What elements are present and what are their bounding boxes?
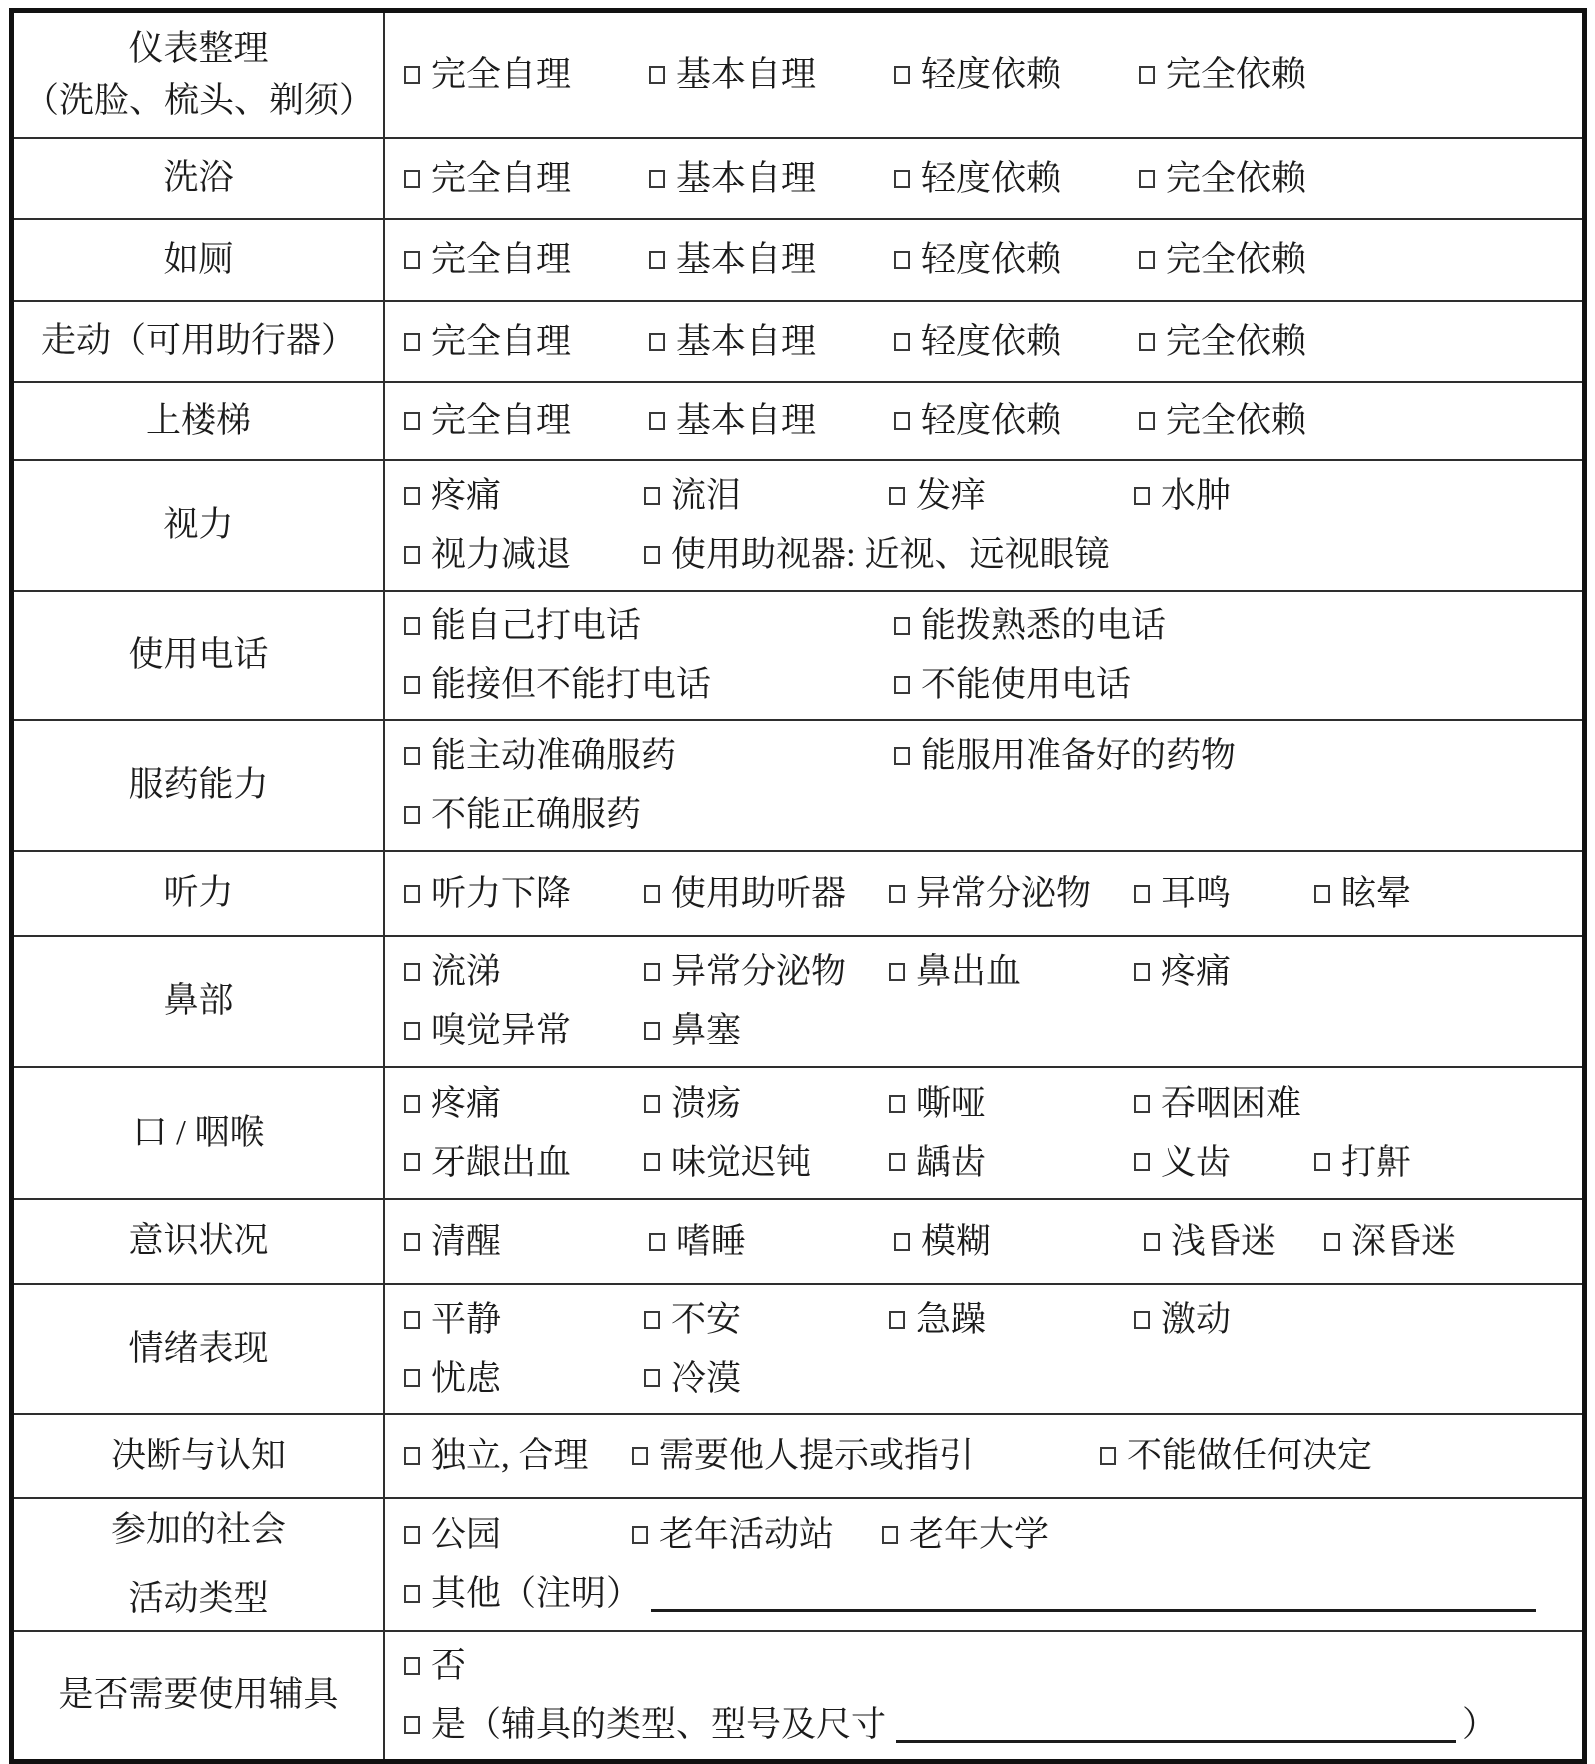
checkbox-unchecked-icon[interactable] <box>644 885 660 903</box>
option-label: 完全自理 <box>431 53 571 97</box>
checkbox-option[interactable]: 疼痛 <box>1134 950 1231 994</box>
checkbox-unchecked-icon[interactable] <box>1314 1153 1330 1171</box>
checkbox-unchecked-icon[interactable] <box>1139 333 1155 351</box>
row-label-phone: 使用电话 <box>14 592 385 719</box>
checkbox-unchecked-icon[interactable] <box>644 1153 660 1171</box>
option-label: 鼻出血 <box>916 950 1021 994</box>
checkbox-option[interactable]: 完全自理 <box>404 399 649 443</box>
checkbox-unchecked-icon[interactable] <box>404 66 420 84</box>
checkbox-option[interactable]: 牙龈出血 <box>404 1141 644 1185</box>
checkbox-option[interactable]: 鼻塞 <box>644 1009 741 1053</box>
option-label: 溃疡 <box>671 1082 741 1126</box>
option-label: 不安 <box>671 1298 741 1342</box>
checkbox-option[interactable]: 吞咽困难 <box>1134 1082 1301 1126</box>
checkbox-unchecked-icon[interactable] <box>404 1233 420 1251</box>
row-label-mouth-throat: 口 / 咽喉 <box>14 1068 385 1198</box>
checkbox-option[interactable]: 味觉迟钝 <box>644 1141 889 1185</box>
checkbox-unchecked-icon[interactable] <box>404 1657 420 1675</box>
checkbox-option[interactable]: 眩晕 <box>1314 872 1411 916</box>
checkbox-option[interactable]: 完全自理 <box>404 238 649 282</box>
row-label-line: 情绪表现 <box>128 1323 268 1376</box>
checkbox-unchecked-icon[interactable] <box>649 66 665 84</box>
option-label: 深昏迷 <box>1351 1220 1456 1264</box>
checkbox-unchecked-icon[interactable] <box>889 1153 905 1171</box>
options-line: 疼痛流泪发痒水肿 <box>404 474 1570 518</box>
checkbox-option[interactable]: 其他（注明） <box>404 1572 1542 1616</box>
option-label: 清醒 <box>431 1220 501 1264</box>
option-label: 流泪 <box>671 474 741 518</box>
options-line: 忧虑冷漠 <box>404 1357 1570 1401</box>
row-label-nose: 鼻部 <box>14 937 385 1066</box>
row-label-line: 使用电话 <box>128 629 268 682</box>
checkbox-option[interactable]: 异常分泌物 <box>644 950 889 994</box>
options-line: 其他（注明） <box>404 1572 1570 1616</box>
checkbox-unchecked-icon[interactable] <box>632 1526 648 1544</box>
row-label-line: 听力 <box>163 867 233 920</box>
checkbox-option[interactable]: 轻度依赖 <box>894 320 1139 364</box>
checkbox-unchecked-icon[interactable] <box>644 963 660 981</box>
checkbox-unchecked-icon[interactable] <box>404 1585 420 1603</box>
option-label: 完全依赖 <box>1166 399 1306 443</box>
checkbox-option[interactable]: 公园 <box>404 1513 632 1557</box>
options-line: 流涕异常分泌物鼻出血疼痛 <box>404 950 1570 994</box>
row-label-hearing: 听力 <box>14 852 385 935</box>
checkbox-unchecked-icon[interactable] <box>649 412 665 430</box>
row-options-decision: 独立, 合理需要他人提示或指引不能做任何决定 <box>385 1415 1582 1497</box>
option-label: 水肿 <box>1161 474 1231 518</box>
options-line: 疼痛溃疡嘶哑吞咽困难 <box>404 1082 1570 1126</box>
row-label-line: 参加的社会 <box>111 1496 286 1564</box>
checkbox-option[interactable]: 基本自理 <box>649 238 894 282</box>
row-label-line: 仪表整理 <box>128 23 268 76</box>
checkbox-unchecked-icon[interactable] <box>649 333 665 351</box>
row-label-line: （洗脸、梳头、剃须） <box>24 75 373 128</box>
checkbox-option[interactable]: 基本自理 <box>649 157 894 201</box>
checkbox-unchecked-icon[interactable] <box>404 1153 420 1171</box>
option-label: 嗅觉异常 <box>431 1009 571 1053</box>
checkbox-option[interactable]: 视力减退 <box>404 533 644 577</box>
checkbox-unchecked-icon[interactable] <box>894 747 910 765</box>
option-label: 轻度依赖 <box>921 320 1061 364</box>
option-label: 完全依赖 <box>1166 320 1306 364</box>
checkbox-unchecked-icon[interactable] <box>404 1447 420 1465</box>
option-label: 牙龈出血 <box>431 1141 571 1185</box>
fill-in-blank[interactable] <box>651 1602 1536 1612</box>
option-label: 模糊 <box>921 1220 991 1264</box>
option-label: 老年大学 <box>909 1513 1049 1557</box>
option-label: 完全自理 <box>431 238 571 282</box>
row-label-line: 如厕 <box>163 234 233 287</box>
row-options-vision: 疼痛流泪发痒水肿视力减退使用助视器: 近视、远视眼镜 <box>385 461 1582 590</box>
checkbox-option[interactable]: 龋齿 <box>889 1141 1134 1185</box>
checkbox-option[interactable]: 不能做任何决定 <box>1100 1434 1372 1478</box>
option-label: 轻度依赖 <box>921 53 1061 97</box>
options-line: 完全自理基本自理轻度依赖完全依赖 <box>404 399 1570 443</box>
options-line: 完全自理基本自理轻度依赖完全依赖 <box>404 157 1570 201</box>
checkbox-unchecked-icon[interactable] <box>404 1022 420 1040</box>
row-options-assistive: 否是（辅具的类型、型号及尺寸） <box>385 1632 1582 1759</box>
option-label: 疼痛 <box>431 1082 501 1126</box>
checkbox-option[interactable]: 不能使用电话 <box>894 663 1131 707</box>
options-line: 不能正确服药 <box>404 793 1570 837</box>
checkbox-option[interactable]: 嘶哑 <box>889 1082 1134 1126</box>
option-suffix: ） <box>1462 1703 1497 1747</box>
checkbox-unchecked-icon[interactable] <box>404 412 420 430</box>
checkbox-option[interactable]: 基本自理 <box>649 320 894 364</box>
checkbox-unchecked-icon[interactable] <box>404 1369 420 1387</box>
checkbox-option[interactable]: 不安 <box>644 1298 889 1342</box>
checkbox-unchecked-icon[interactable] <box>1139 66 1155 84</box>
checkbox-option[interactable]: 溃疡 <box>644 1082 889 1126</box>
row-options-hearing: 听力下降使用助听器异常分泌物耳鸣眩晕 <box>385 852 1582 935</box>
checkbox-unchecked-icon[interactable] <box>404 963 420 981</box>
option-label: 能拨熟悉的电话 <box>921 604 1166 648</box>
option-label: 轻度依赖 <box>921 157 1061 201</box>
checkbox-unchecked-icon[interactable] <box>1144 1233 1160 1251</box>
checkbox-unchecked-icon[interactable] <box>404 885 420 903</box>
checkbox-unchecked-icon[interactable] <box>894 251 910 269</box>
checkbox-option[interactable]: 流涕 <box>404 950 644 994</box>
checkbox-unchecked-icon[interactable] <box>644 1095 660 1113</box>
checkbox-option[interactable]: 完全自理 <box>404 157 649 201</box>
table-row-consciousness: 意识状况清醒嗜睡模糊浅昏迷深昏迷 <box>14 1200 1582 1285</box>
row-label-line: 视力 <box>163 499 233 552</box>
option-label: 打鼾 <box>1341 1141 1411 1185</box>
option-label: 流涕 <box>431 950 501 994</box>
checkbox-unchecked-icon[interactable] <box>644 487 660 505</box>
option-label: 能服用准备好的药物 <box>921 734 1236 778</box>
checkbox-option[interactable]: 异常分泌物 <box>889 872 1134 916</box>
option-label: 异常分泌物 <box>916 872 1091 916</box>
row-label-line: 鼻部 <box>163 975 233 1028</box>
checkbox-option[interactable]: 轻度依赖 <box>894 53 1139 97</box>
checkbox-option[interactable]: 水肿 <box>1134 474 1231 518</box>
row-label-line: 意识状况 <box>128 1215 268 1268</box>
option-label: 使用助听器 <box>671 872 846 916</box>
checkbox-unchecked-icon[interactable] <box>404 1095 420 1113</box>
row-label-appearance: 仪表整理（洗脸、梳头、剃须） <box>14 13 385 137</box>
table-row-social: 参加的社会活动类型公园老年活动站老年大学其他（注明） <box>14 1499 1582 1632</box>
option-label: 龋齿 <box>916 1141 986 1185</box>
checkbox-option[interactable]: 流泪 <box>644 474 889 518</box>
option-label: 急躁 <box>916 1298 986 1342</box>
table-row-nose: 鼻部流涕异常分泌物鼻出血疼痛嗅觉异常鼻塞 <box>14 937 1582 1068</box>
option-label: 异常分泌物 <box>671 950 846 994</box>
checkbox-unchecked-icon[interactable] <box>644 1022 660 1040</box>
table-row-assistive: 是否需要使用辅具否是（辅具的类型、型号及尺寸） <box>14 1632 1582 1759</box>
table-row-mouth-throat: 口 / 咽喉疼痛溃疡嘶哑吞咽困难牙龈出血味觉迟钝龋齿义齿打鼾 <box>14 1068 1582 1200</box>
option-label: 轻度依赖 <box>921 399 1061 443</box>
checkbox-option[interactable]: 是（辅具的类型、型号及尺寸） <box>404 1703 1497 1747</box>
option-label: 基本自理 <box>676 399 816 443</box>
options-line: 完全自理基本自理轻度依赖完全依赖 <box>404 238 1570 282</box>
checkbox-unchecked-icon[interactable] <box>404 617 420 635</box>
checkbox-option[interactable]: 轻度依赖 <box>894 157 1139 201</box>
checkbox-option[interactable]: 发痒 <box>889 474 1134 518</box>
checkbox-option[interactable]: 冷漠 <box>644 1357 741 1401</box>
checkbox-unchecked-icon[interactable] <box>889 885 905 903</box>
checkbox-unchecked-icon[interactable] <box>1134 487 1150 505</box>
option-label: 完全依赖 <box>1166 157 1306 201</box>
checkbox-unchecked-icon[interactable] <box>1139 170 1155 188</box>
checkbox-unchecked-icon[interactable] <box>894 412 910 430</box>
row-options-appearance: 完全自理基本自理轻度依赖完全依赖 <box>385 13 1582 137</box>
option-label: 基本自理 <box>676 53 816 97</box>
checkbox-option[interactable]: 基本自理 <box>649 399 894 443</box>
checkbox-unchecked-icon[interactable] <box>644 1311 660 1329</box>
table-row-stairs: 上楼梯完全自理基本自理轻度依赖完全依赖 <box>14 383 1582 461</box>
options-line: 能接但不能打电话不能使用电话 <box>404 663 1570 707</box>
row-label-line: 是否需要使用辅具 <box>58 1669 338 1722</box>
checkbox-unchecked-icon[interactable] <box>1134 1311 1150 1329</box>
row-label-line: 口 / 咽喉 <box>132 1107 264 1160</box>
checkbox-unchecked-icon[interactable] <box>1139 412 1155 430</box>
checkbox-unchecked-icon[interactable] <box>404 487 420 505</box>
checkbox-option[interactable]: 嗅觉异常 <box>404 1009 644 1053</box>
options-line: 嗅觉异常鼻塞 <box>404 1009 1570 1053</box>
checkbox-unchecked-icon[interactable] <box>632 1447 648 1465</box>
options-line: 视力减退使用助视器: 近视、远视眼镜 <box>404 533 1570 577</box>
checkbox-unchecked-icon[interactable] <box>889 487 905 505</box>
checkbox-option[interactable]: 轻度依赖 <box>894 238 1139 282</box>
option-label: 完全自理 <box>431 157 571 201</box>
option-label: 基本自理 <box>676 320 816 364</box>
options-line: 牙龈出血味觉迟钝龋齿义齿打鼾 <box>404 1141 1570 1185</box>
row-label-decision: 决断与认知 <box>14 1415 385 1497</box>
checkbox-unchecked-icon[interactable] <box>404 1526 420 1544</box>
table-row-decision: 决断与认知独立, 合理需要他人提示或指引不能做任何决定 <box>14 1415 1582 1499</box>
checkbox-unchecked-icon[interactable] <box>1134 1095 1150 1113</box>
checkbox-unchecked-icon[interactable] <box>404 170 420 188</box>
option-label: 嘶哑 <box>916 1082 986 1126</box>
option-label: 能接但不能打电话 <box>431 663 711 707</box>
option-label: 不能做任何决定 <box>1127 1434 1372 1478</box>
row-label-social: 参加的社会活动类型 <box>14 1499 385 1630</box>
option-label: 独立, 合理 <box>431 1434 589 1478</box>
assessment-form-table: 仪表整理（洗脸、梳头、剃须）完全自理基本自理轻度依赖完全依赖洗浴完全自理基本自理… <box>9 8 1587 1764</box>
options-line: 完全自理基本自理轻度依赖完全依赖 <box>404 320 1570 364</box>
checkbox-option[interactable]: 听力下降 <box>404 872 644 916</box>
row-label-bathing: 洗浴 <box>14 139 385 218</box>
checkbox-option[interactable]: 能主动准确服药 <box>404 734 894 778</box>
row-label-line: 上楼梯 <box>146 395 251 448</box>
options-line: 完全自理基本自理轻度依赖完全依赖 <box>404 53 1570 97</box>
row-options-social: 公园老年活动站老年大学其他（注明） <box>385 1499 1582 1630</box>
option-label: 激动 <box>1161 1298 1231 1342</box>
row-options-toileting: 完全自理基本自理轻度依赖完全依赖 <box>385 220 1582 300</box>
checkbox-option[interactable]: 完全自理 <box>404 320 649 364</box>
checkbox-unchecked-icon[interactable] <box>894 170 910 188</box>
checkbox-option[interactable]: 打鼾 <box>1314 1141 1411 1185</box>
checkbox-option[interactable]: 嗜睡 <box>649 1220 894 1264</box>
row-label-assistive: 是否需要使用辅具 <box>14 1632 385 1759</box>
table-row-emotion: 情绪表现平静不安急躁激动忧虑冷漠 <box>14 1285 1582 1415</box>
row-options-walking: 完全自理基本自理轻度依赖完全依赖 <box>385 302 1582 381</box>
checkbox-option[interactable]: 激动 <box>1134 1298 1231 1342</box>
option-label: 完全依赖 <box>1166 53 1306 97</box>
checkbox-unchecked-icon[interactable] <box>889 1311 905 1329</box>
options-line: 听力下降使用助听器异常分泌物耳鸣眩晕 <box>404 872 1570 916</box>
checkbox-unchecked-icon[interactable] <box>894 1233 910 1251</box>
checkbox-option[interactable]: 义齿 <box>1134 1141 1314 1185</box>
checkbox-unchecked-icon[interactable] <box>1134 963 1150 981</box>
option-label: 义齿 <box>1161 1141 1231 1185</box>
checkbox-option[interactable]: 不能正确服药 <box>404 793 641 837</box>
table-row-walking: 走动（可用助行器）完全自理基本自理轻度依赖完全依赖 <box>14 302 1582 383</box>
options-line: 能主动准确服药能服用准备好的药物 <box>404 734 1570 778</box>
option-label: 完全自理 <box>431 320 571 364</box>
checkbox-option[interactable]: 老年大学 <box>882 1513 1049 1557</box>
checkbox-unchecked-icon[interactable] <box>644 1369 660 1387</box>
checkbox-option[interactable]: 使用助听器 <box>644 872 889 916</box>
checkbox-option[interactable]: 疼痛 <box>404 474 644 518</box>
options-line: 否 <box>404 1644 1570 1688</box>
row-label-line: 走动（可用助行器） <box>41 315 356 368</box>
option-label: 否 <box>431 1644 466 1688</box>
options-line: 独立, 合理需要他人提示或指引不能做任何决定 <box>404 1434 1570 1478</box>
row-options-medication: 能主动准确服药能服用准备好的药物不能正确服药 <box>385 721 1582 850</box>
option-label: 疼痛 <box>1161 950 1231 994</box>
checkbox-option[interactable]: 清醒 <box>404 1220 649 1264</box>
checkbox-option[interactable]: 独立, 合理 <box>404 1434 632 1478</box>
checkbox-unchecked-icon[interactable] <box>894 676 910 694</box>
checkbox-unchecked-icon[interactable] <box>1314 885 1330 903</box>
options-line: 能自己打电话能拨熟悉的电话 <box>404 604 1570 648</box>
checkbox-unchecked-icon[interactable] <box>404 546 420 564</box>
checkbox-option[interactable]: 完全依赖 <box>1139 53 1306 97</box>
checkbox-option[interactable]: 完全自理 <box>404 53 649 97</box>
options-line: 是（辅具的类型、型号及尺寸） <box>404 1703 1570 1747</box>
checkbox-unchecked-icon[interactable] <box>894 333 910 351</box>
option-label: 其他（注明） <box>431 1572 641 1616</box>
option-label: 公园 <box>431 1513 501 1557</box>
checkbox-option[interactable]: 能自己打电话 <box>404 604 894 648</box>
row-label-line: 决断与认知 <box>111 1430 286 1483</box>
checkbox-option[interactable]: 否 <box>404 1644 466 1688</box>
option-label: 疼痛 <box>431 474 501 518</box>
checkbox-unchecked-icon[interactable] <box>649 251 665 269</box>
checkbox-option[interactable]: 完全依赖 <box>1139 399 1306 443</box>
options-line: 清醒嗜睡模糊浅昏迷深昏迷 <box>404 1220 1570 1264</box>
table-row-vision: 视力疼痛流泪发痒水肿视力减退使用助视器: 近视、远视眼镜 <box>14 461 1582 592</box>
table-row-phone: 使用电话能自己打电话能拨熟悉的电话能接但不能打电话不能使用电话 <box>14 592 1582 721</box>
option-label: 味觉迟钝 <box>671 1141 811 1185</box>
checkbox-option[interactable]: 浅昏迷 <box>1144 1220 1324 1264</box>
checkbox-unchecked-icon[interactable] <box>894 66 910 84</box>
option-label: 能自己打电话 <box>431 604 641 648</box>
option-label: 浅昏迷 <box>1171 1220 1276 1264</box>
row-label-vision: 视力 <box>14 461 385 590</box>
option-label: 基本自理 <box>676 157 816 201</box>
table-row-appearance: 仪表整理（洗脸、梳头、剃须）完全自理基本自理轻度依赖完全依赖 <box>14 13 1582 139</box>
checkbox-unchecked-icon[interactable] <box>1134 1153 1150 1171</box>
row-options-emotion: 平静不安急躁激动忧虑冷漠 <box>385 1285 1582 1413</box>
checkbox-unchecked-icon[interactable] <box>1139 251 1155 269</box>
row-label-line: 服药能力 <box>128 759 268 812</box>
checkbox-unchecked-icon[interactable] <box>649 170 665 188</box>
checkbox-option[interactable]: 完全依赖 <box>1139 157 1306 201</box>
checkbox-option[interactable]: 能服用准备好的药物 <box>894 734 1236 778</box>
checkbox-unchecked-icon[interactable] <box>1324 1233 1340 1251</box>
checkbox-option[interactable]: 鼻出血 <box>889 950 1134 994</box>
checkbox-option[interactable]: 忧虑 <box>404 1357 644 1401</box>
checkbox-option[interactable]: 急躁 <box>889 1298 1134 1342</box>
row-options-consciousness: 清醒嗜睡模糊浅昏迷深昏迷 <box>385 1200 1582 1283</box>
checkbox-unchecked-icon[interactable] <box>894 617 910 635</box>
table-row-hearing: 听力听力下降使用助听器异常分泌物耳鸣眩晕 <box>14 852 1582 937</box>
checkbox-unchecked-icon[interactable] <box>404 806 420 824</box>
checkbox-unchecked-icon[interactable] <box>649 1233 665 1251</box>
row-options-bathing: 完全自理基本自理轻度依赖完全依赖 <box>385 139 1582 218</box>
checkbox-option[interactable]: 平静 <box>404 1298 644 1342</box>
option-label: 平静 <box>431 1298 501 1342</box>
checkbox-unchecked-icon[interactable] <box>404 251 420 269</box>
option-label: 能主动准确服药 <box>431 734 676 778</box>
checkbox-option[interactable]: 轻度依赖 <box>894 399 1139 443</box>
fill-in-blank[interactable] <box>896 1733 1456 1743</box>
option-label: 完全依赖 <box>1166 238 1306 282</box>
checkbox-option[interactable]: 能接但不能打电话 <box>404 663 894 707</box>
option-label: 耳鸣 <box>1161 872 1231 916</box>
row-options-stairs: 完全自理基本自理轻度依赖完全依赖 <box>385 383 1582 459</box>
checkbox-option[interactable]: 基本自理 <box>649 53 894 97</box>
checkbox-unchecked-icon[interactable] <box>1134 885 1150 903</box>
checkbox-unchecked-icon[interactable] <box>404 333 420 351</box>
checkbox-option[interactable]: 耳鸣 <box>1134 872 1314 916</box>
checkbox-unchecked-icon[interactable] <box>889 1095 905 1113</box>
checkbox-option[interactable]: 需要他人提示或指引 <box>632 1434 1100 1478</box>
option-label: 忧虑 <box>431 1357 501 1401</box>
row-options-mouth-throat: 疼痛溃疡嘶哑吞咽困难牙龈出血味觉迟钝龋齿义齿打鼾 <box>385 1068 1582 1198</box>
checkbox-option[interactable]: 能拨熟悉的电话 <box>894 604 1166 648</box>
option-label: 基本自理 <box>676 238 816 282</box>
option-label: 冷漠 <box>671 1357 741 1401</box>
option-label: 不能使用电话 <box>921 663 1131 707</box>
row-label-stairs: 上楼梯 <box>14 383 385 459</box>
option-label: 发痒 <box>916 474 986 518</box>
checkbox-option[interactable]: 模糊 <box>894 1220 1144 1264</box>
checkbox-unchecked-icon[interactable] <box>404 1311 420 1329</box>
checkbox-unchecked-icon[interactable] <box>404 676 420 694</box>
checkbox-unchecked-icon[interactable] <box>889 963 905 981</box>
options-line: 平静不安急躁激动 <box>404 1298 1570 1342</box>
option-label: 鼻塞 <box>671 1009 741 1053</box>
table-row-toileting: 如厕完全自理基本自理轻度依赖完全依赖 <box>14 220 1582 302</box>
row-label-toileting: 如厕 <box>14 220 385 300</box>
checkbox-unchecked-icon[interactable] <box>882 1526 898 1544</box>
option-label: 完全自理 <box>431 399 571 443</box>
checkbox-option[interactable]: 完全依赖 <box>1139 320 1306 364</box>
row-options-nose: 流涕异常分泌物鼻出血疼痛嗅觉异常鼻塞 <box>385 937 1582 1066</box>
row-options-phone: 能自己打电话能拨熟悉的电话能接但不能打电话不能使用电话 <box>385 592 1582 719</box>
row-label-line: 活动类型 <box>128 1565 268 1633</box>
option-label: 需要他人提示或指引 <box>659 1434 974 1478</box>
checkbox-option[interactable]: 完全依赖 <box>1139 238 1306 282</box>
options-line: 公园老年活动站老年大学 <box>404 1513 1570 1557</box>
checkbox-option[interactable]: 深昏迷 <box>1324 1220 1456 1264</box>
row-label-consciousness: 意识状况 <box>14 1200 385 1283</box>
checkbox-option[interactable]: 使用助视器: 近视、远视眼镜 <box>644 533 1109 577</box>
checkbox-option[interactable]: 疼痛 <box>404 1082 644 1126</box>
option-label: 使用助视器: 近视、远视眼镜 <box>671 533 1109 577</box>
option-label: 轻度依赖 <box>921 238 1061 282</box>
option-label: 不能正确服药 <box>431 793 641 837</box>
checkbox-unchecked-icon[interactable] <box>644 546 660 564</box>
checkbox-unchecked-icon[interactable] <box>404 747 420 765</box>
checkbox-unchecked-icon[interactable] <box>1100 1447 1116 1465</box>
checkbox-unchecked-icon[interactable] <box>404 1716 420 1734</box>
checkbox-option[interactable]: 老年活动站 <box>632 1513 882 1557</box>
